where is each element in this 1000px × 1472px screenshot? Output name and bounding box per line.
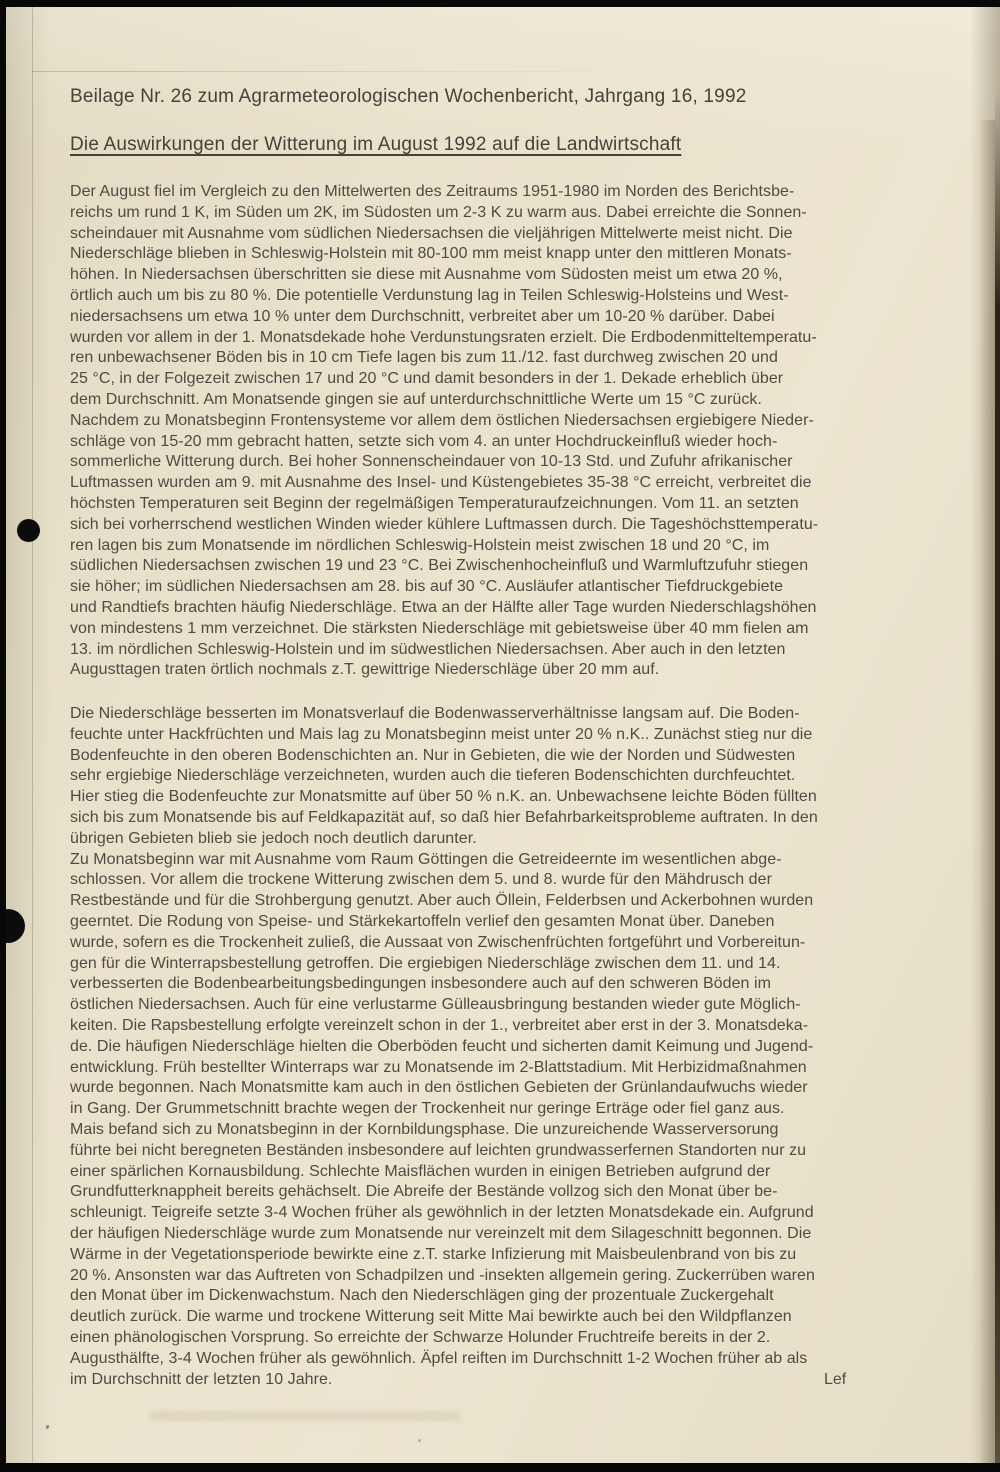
- scan-speck: [757, 1356, 759, 1358]
- scan-border-left: [0, 0, 6, 1472]
- scan-border-bottom: [0, 1463, 1000, 1472]
- photocopy-edge-line-horizontal: [32, 71, 592, 72]
- punch-hole-top: [17, 519, 40, 542]
- paragraph-agriculture-report: Die Niederschläge besserten im Monatsver…: [70, 704, 978, 1390]
- document-header: Beilage Nr. 26 zum Agrarmeteorologischen…: [70, 86, 746, 108]
- scanned-document: Beilage Nr. 26 zum Agrarmeteorologischen…: [0, 0, 1000, 1472]
- page-right-edge-shadow: [995, 90, 1000, 1463]
- author-initials: Lef: [824, 1371, 846, 1389]
- paragraph-weather-report: Der August fiel im Vergleich zu den Mitt…: [70, 182, 978, 681]
- faint-ghost-text-smudge: [150, 1411, 460, 1421]
- scan-border-top: [0, 0, 1000, 7]
- photocopy-edge-line-vertical: [32, 7, 33, 1463]
- page-right-edge-shade: [979, 120, 995, 1463]
- document-title: Die Auswirkungen der Witterung im August…: [70, 134, 681, 156]
- scan-speck: [418, 1439, 421, 1442]
